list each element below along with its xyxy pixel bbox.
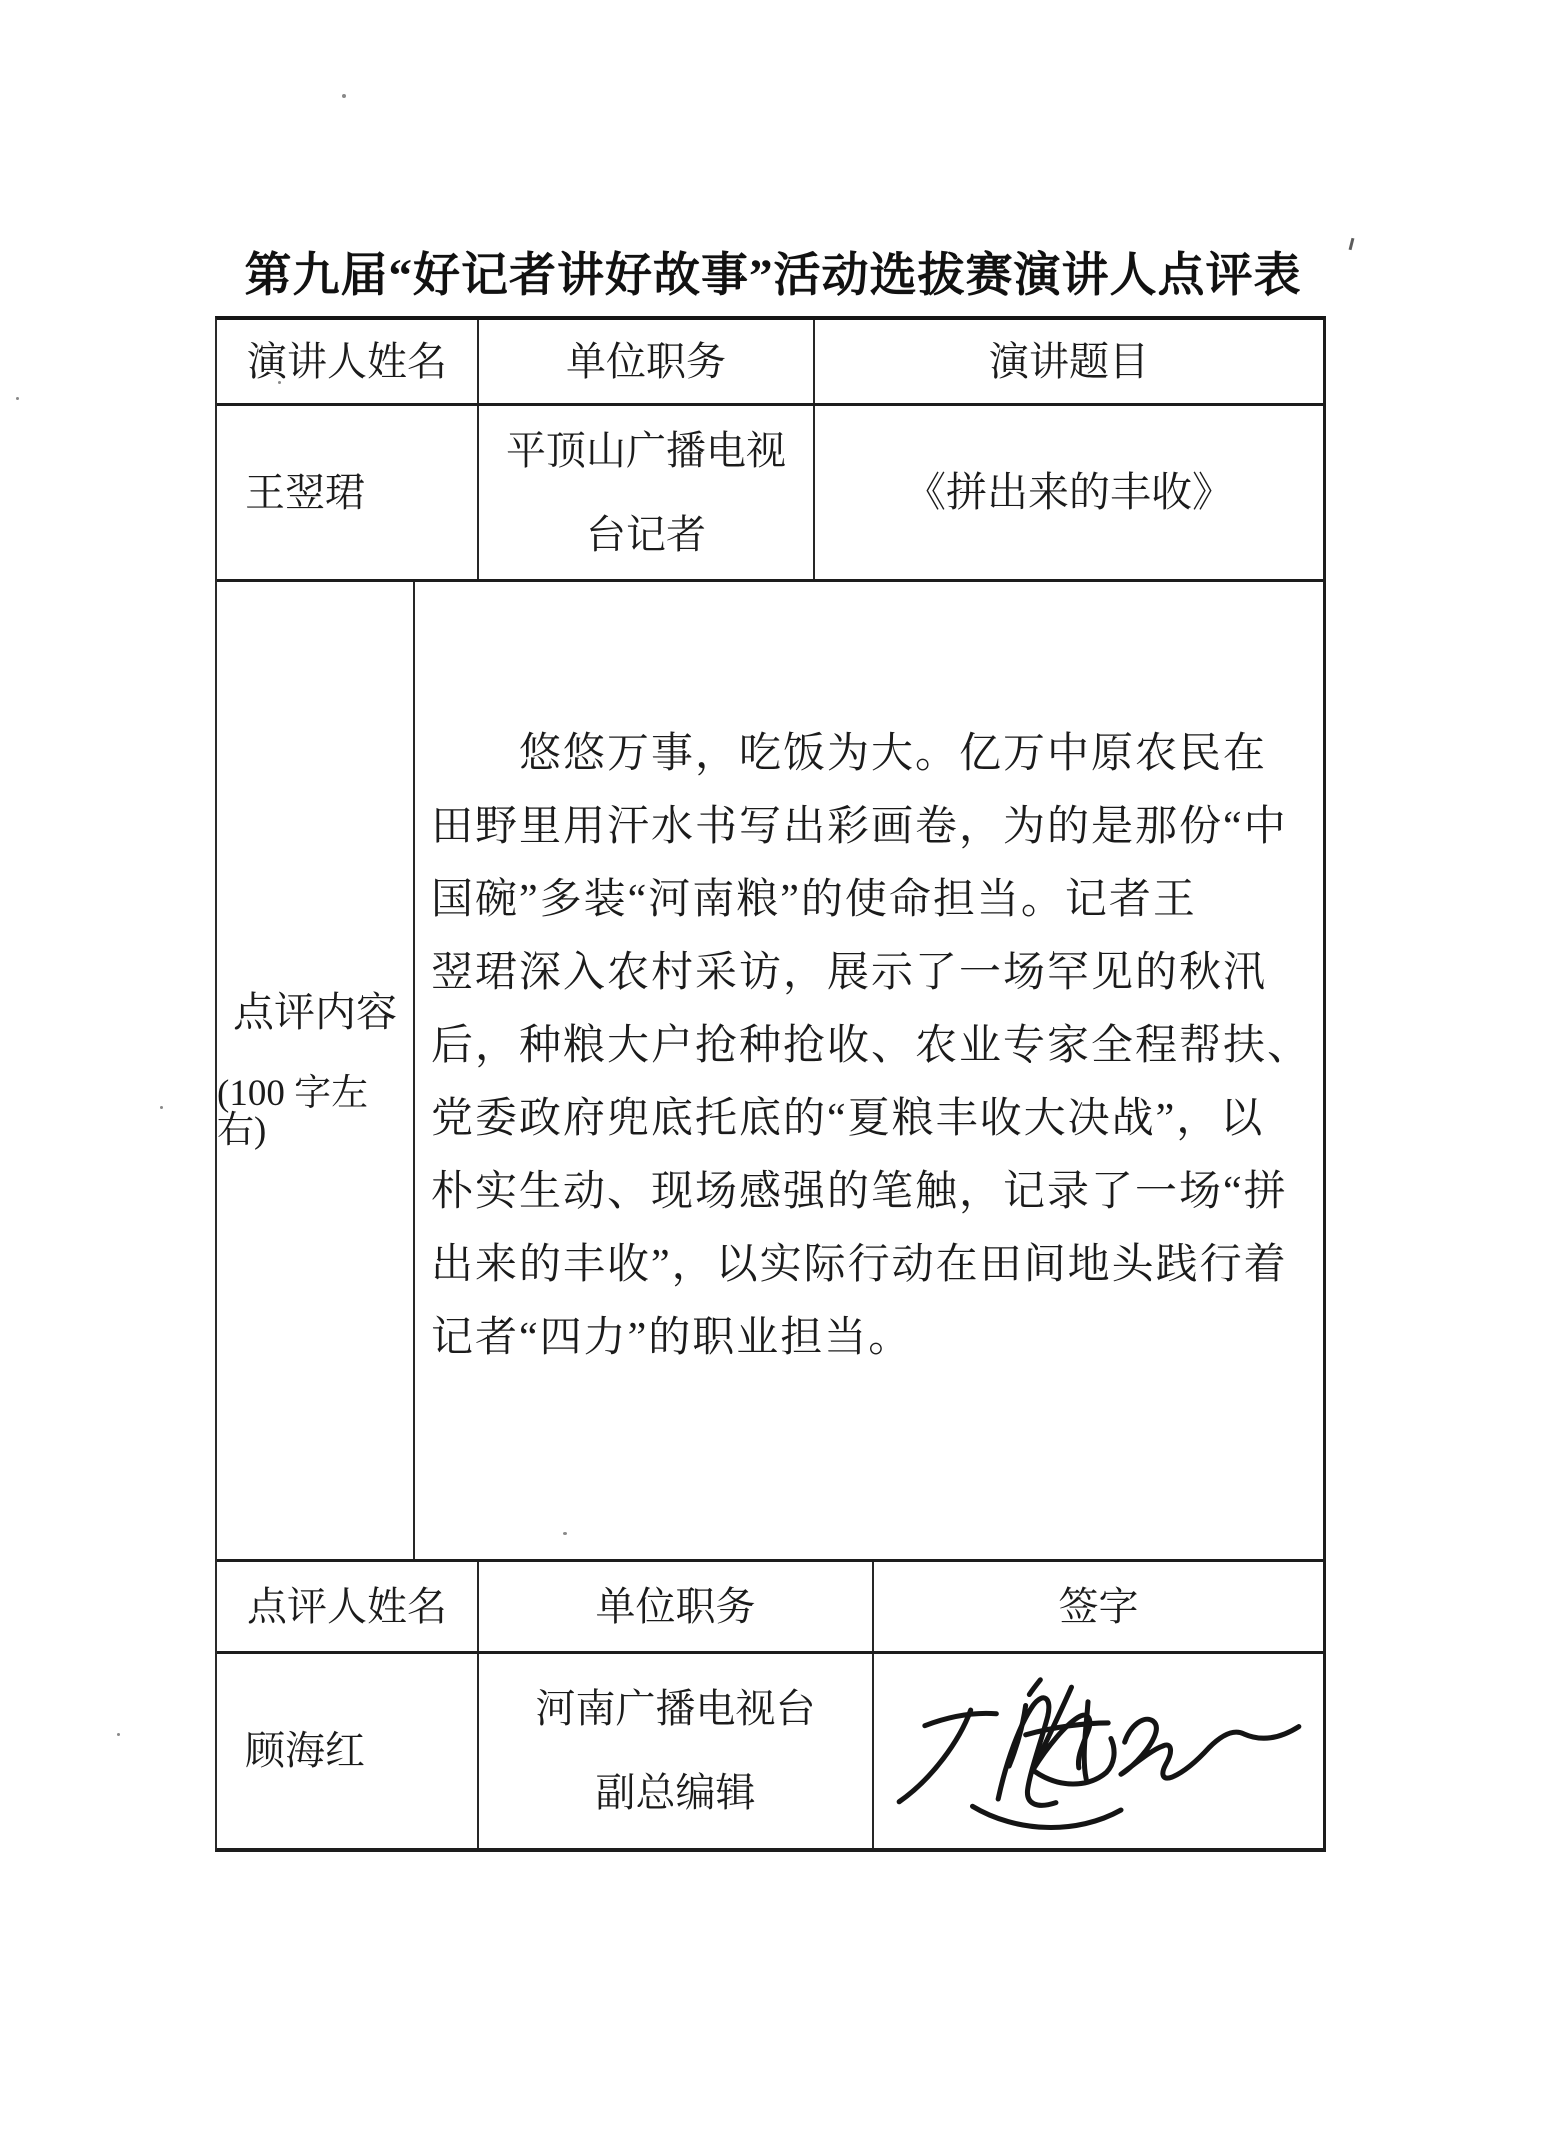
speaker-name: 王翌珺	[217, 406, 479, 579]
reviewer-unit-line1: 河南广播电视台	[536, 1689, 816, 1729]
review-line: 党委政府兜底托底的“夏粮丰收大决战”，以	[431, 1083, 1311, 1156]
speaker-unit-line1: 平顶山广播电视	[506, 431, 786, 471]
review-line: 国碗”多装“河南粮”的使命担当。记者王	[431, 864, 1311, 937]
scan-speck	[117, 1733, 120, 1736]
header-signature: 签字	[874, 1562, 1323, 1651]
reviewer-unit-lines: 河南广播电视台 副总编辑	[536, 1689, 816, 1813]
scan-speck	[160, 1106, 163, 1109]
scan-speck	[278, 381, 281, 384]
header-speaker-name: 演讲人姓名	[217, 320, 479, 403]
review-table: 演讲人姓名 单位职务 演讲题目 王翌珺 平顶山广播电视 台记者 《拼出来的丰收》…	[215, 316, 1326, 1852]
scan-speck	[16, 397, 19, 400]
reviewer-unit: 河南广播电视台 副总编辑	[479, 1654, 874, 1848]
document-title: 第九届“好记者讲好故事”活动选拔赛演讲人点评表	[0, 238, 1546, 305]
review-line: 出来的丰收”，以实际行动在田间地头践行着	[431, 1229, 1311, 1302]
review-label-line1: 点评内容	[233, 992, 397, 1033]
review-line: 朴实生动、现场感强的笔触，记录了一场“拼	[431, 1156, 1311, 1229]
scan-speck	[563, 1532, 567, 1535]
review-line: 悠悠万事，吃饭为大。亿万中原农民在	[431, 718, 1311, 791]
header-reviewer-name: 点评人姓名	[217, 1562, 479, 1651]
header-reviewer-unit: 单位职务	[479, 1562, 874, 1651]
speaker-unit: 平顶山广播电视 台记者	[479, 406, 815, 579]
speaker-row: 王翌珺 平顶山广播电视 台记者 《拼出来的丰收》	[217, 406, 1323, 582]
review-label: 点评内容 (100 字左右)	[217, 582, 415, 1559]
handwritten-signature	[874, 1654, 1323, 1848]
reviewer-row: 顾海红 河南广播电视台 副总编辑	[217, 1654, 1323, 1848]
review-line: 记者“四力”的职业担当。	[431, 1302, 1311, 1375]
review-content-row: 点评内容 (100 字左右) 悠悠万事，吃饭为大。亿万中原农民在 田野里用汗水书…	[217, 582, 1323, 1562]
speech-topic: 《拼出来的丰收》	[815, 406, 1323, 579]
header-speech-topic: 演讲题目	[815, 320, 1323, 403]
scan-speck	[342, 94, 346, 98]
signature-svg	[879, 1651, 1319, 1837]
review-line: 后，种粮大户抢种抢收、农业专家全程帮扶、	[431, 1010, 1311, 1083]
reviewer-unit-line2: 副总编辑	[596, 1773, 756, 1813]
review-line: 翌珺深入农村采访，展示了一场罕见的秋汛	[431, 937, 1311, 1010]
review-label-line2: (100 字左右)	[217, 1075, 413, 1149]
reviewer-name: 顾海红	[217, 1654, 479, 1848]
speaker-unit-lines: 平顶山广播电视 台记者	[506, 431, 786, 555]
signature-cell	[874, 1654, 1323, 1848]
bottom-header-row: 点评人姓名 单位职务 签字	[217, 1562, 1323, 1654]
scanned-document-page: 第九届“好记者讲好故事”活动选拔赛演讲人点评表 演讲人姓名 单位职务 演讲题目 …	[0, 0, 1546, 2135]
review-line: 田野里用汗水书写出彩画卷，为的是那份“中	[431, 791, 1311, 864]
header-unit-title: 单位职务	[479, 320, 815, 403]
review-content: 悠悠万事，吃饭为大。亿万中原农民在 田野里用汗水书写出彩画卷，为的是那份“中 国…	[415, 582, 1323, 1559]
speaker-unit-line2: 台记者	[586, 515, 706, 555]
top-header-row: 演讲人姓名 单位职务 演讲题目	[217, 320, 1323, 406]
